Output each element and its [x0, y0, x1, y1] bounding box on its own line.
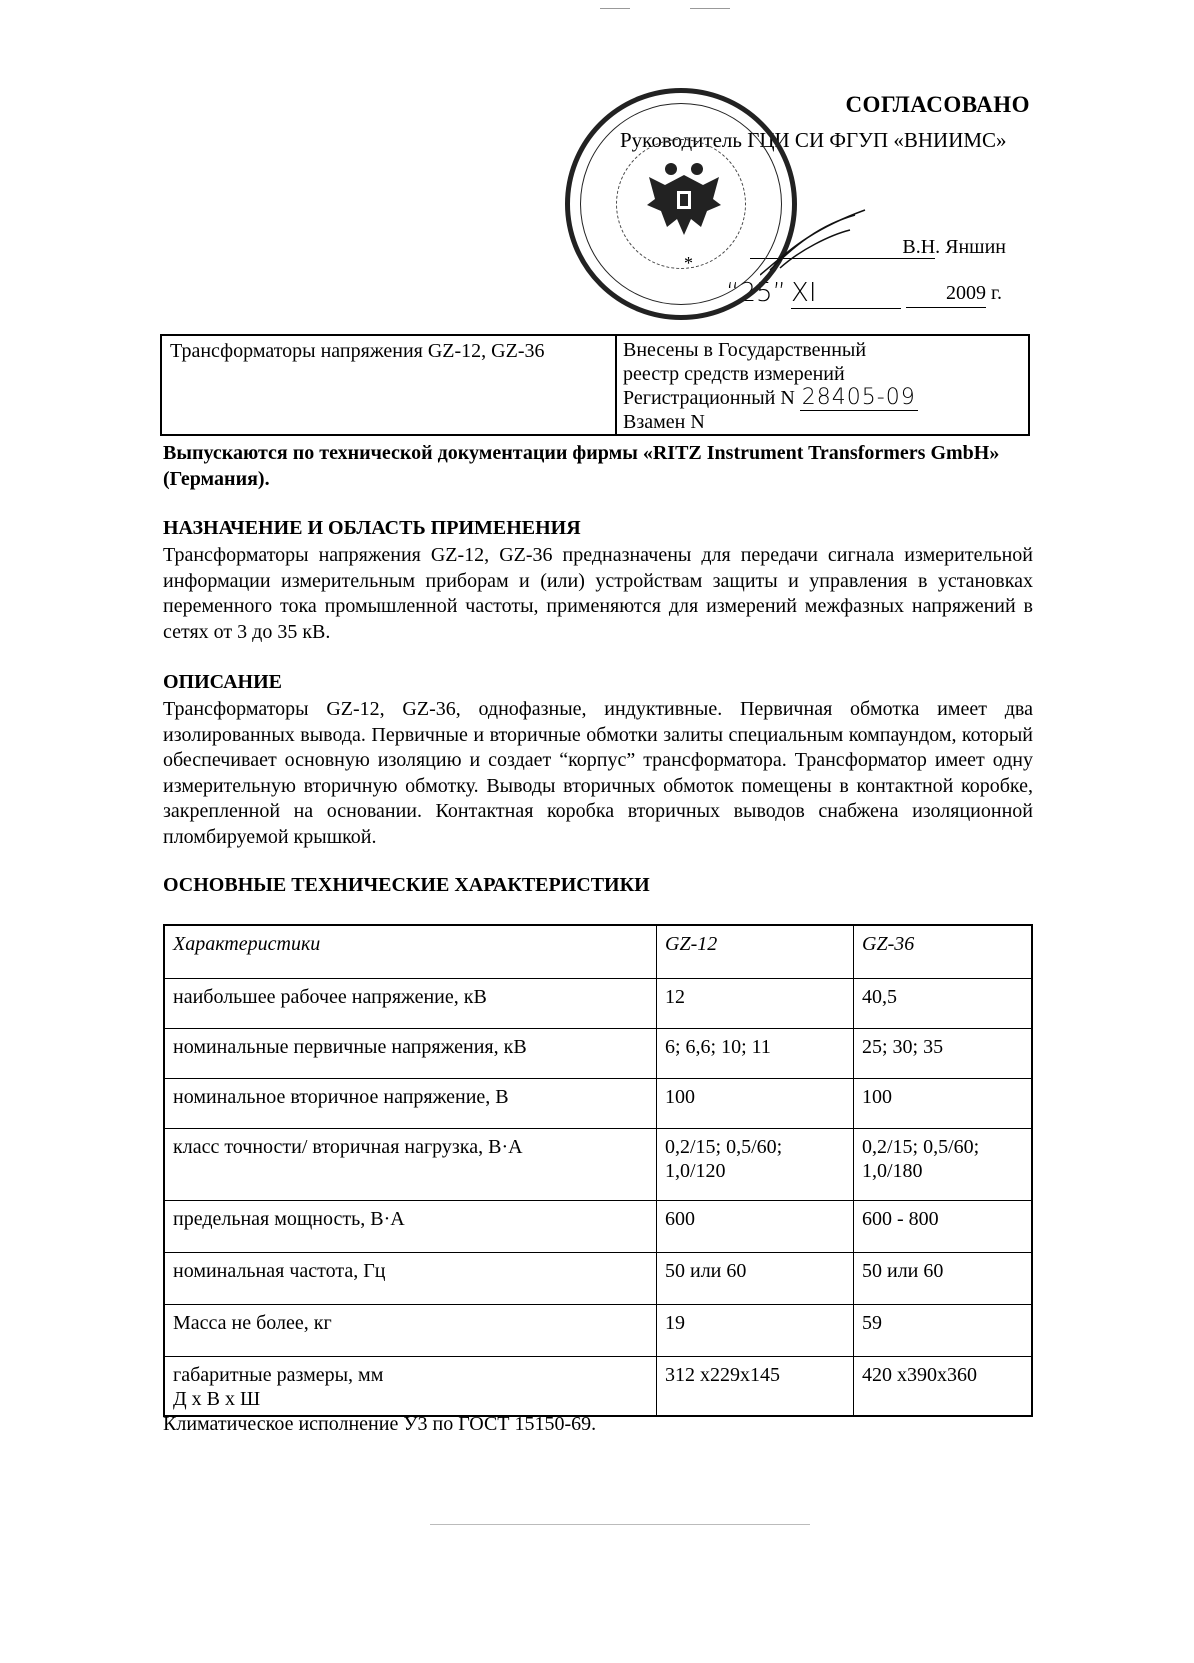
table-cell: 100	[854, 1079, 1033, 1129]
table-row: наибольшее рабочее напряжение, кВ 12 40,…	[164, 979, 1032, 1029]
table-cell: 600	[657, 1201, 854, 1253]
section-text-description: Трансформаторы GZ-12, GZ-36, однофазные,…	[163, 697, 1033, 850]
table-cell: 600 - 800	[854, 1201, 1033, 1253]
replace-label: Взамен N	[623, 410, 1022, 434]
table-row: Масса не более, кг 19 59	[164, 1305, 1032, 1357]
table-cell: 50 или 60	[854, 1253, 1033, 1305]
registry-number: 28405-09	[800, 385, 918, 411]
registry-number-label: Регистрационный N	[623, 387, 795, 409]
table-header-row: Характеристики GZ-12 GZ-36	[164, 925, 1032, 979]
table-cell: 100	[657, 1079, 854, 1129]
table-row: номинальные первичные напряжения, кВ 6; …	[164, 1029, 1032, 1079]
scan-artifact	[430, 1524, 810, 1525]
section-heading-purpose: НАЗНАЧЕНИЕ И ОБЛАСТЬ ПРИМЕНЕНИЯ	[163, 517, 581, 540]
column-header: GZ-12	[657, 925, 854, 979]
table-cell: номинальная частота, Гц	[164, 1253, 657, 1305]
table-cell: 0,2/15; 0,5/60; 1,0/120	[657, 1129, 854, 1201]
column-header: Характеристики	[164, 925, 657, 979]
table-cell: номинальные первичные напряжения, кВ	[164, 1029, 657, 1079]
column-header: GZ-36	[854, 925, 1033, 979]
issued-by: Выпускаются по технической документации …	[163, 440, 1033, 492]
table-row: номинальная частота, Гц 50 или 60 50 или…	[164, 1253, 1032, 1305]
table-cell: наибольшее рабочее напряжение, кВ	[164, 979, 657, 1029]
table-cell: 50 или 60	[657, 1253, 854, 1305]
table-cell: 312 х229х145	[657, 1357, 854, 1417]
table-cell: 0,2/15; 0,5/60; 1,0/180	[854, 1129, 1033, 1201]
section-text-purpose: Трансформаторы напряжения GZ-12, GZ-36 п…	[163, 543, 1033, 645]
registry-number-line: Регистрационный N 28405-09	[623, 386, 1022, 410]
table-cell: 40,5	[854, 979, 1033, 1029]
table-cell: номинальное вторичное напряжение, В	[164, 1079, 657, 1129]
table-cell: 59	[854, 1305, 1033, 1357]
table-cell: класс точности/ вторичная нагрузка, В·А	[164, 1129, 657, 1201]
table-cell: 25; 30; 35	[854, 1029, 1033, 1079]
table-cell: 420 х390х360	[854, 1357, 1033, 1417]
date-month: XI	[791, 278, 901, 309]
section-heading-description: ОПИСАНИЕ	[163, 671, 282, 694]
signature	[760, 190, 870, 280]
section-heading-specs: ОСНОВНЫЕ ТЕХНИЧЕСКИЕ ХАРАКТЕРИСТИКИ	[163, 874, 650, 897]
approval-name: В.Н. Яншин	[902, 236, 1006, 259]
table-row: предельная мощность, В·А 600 600 - 800	[164, 1201, 1032, 1253]
climate-note: Климатическое исполнение У3 по ГОСТ 1515…	[163, 1413, 596, 1436]
coat-of-arms-icon	[643, 155, 725, 245]
table-cell: 12	[657, 979, 854, 1029]
table-row: габаритные размеры, мм Д х В х Ш 312 х22…	[164, 1357, 1032, 1417]
approval-title: СОГЛАСОВАНО	[845, 92, 1030, 118]
table-row: номинальное вторичное напряжение, В 100 …	[164, 1079, 1032, 1129]
registry-box: Трансформаторы напряжения GZ-12, GZ-36 В…	[160, 334, 1030, 436]
table-cell: Масса не более, кг	[164, 1305, 657, 1357]
product-name: Трансформаторы напряжения GZ-12, GZ-36	[162, 336, 617, 434]
registry-line-1: Внесены в Государственный	[623, 338, 1022, 362]
specs-table: Характеристики GZ-12 GZ-36 наибольшее ра…	[163, 924, 1033, 1417]
registry-info: Внесены в Государственный реестр средств…	[617, 336, 1028, 434]
scan-artifact	[600, 8, 630, 9]
scan-artifact	[690, 8, 730, 9]
date-year: 2009 г.	[946, 282, 1002, 305]
table-cell: габаритные размеры, мм Д х В х Ш	[164, 1357, 657, 1417]
table-cell: 19	[657, 1305, 854, 1357]
table-cell: предельная мощность, В·А	[164, 1201, 657, 1253]
registry-line-2: реестр средств измерений	[623, 362, 1022, 386]
table-cell: 6; 6,6; 10; 11	[657, 1029, 854, 1079]
table-row: класс точности/ вторичная нагрузка, В·А …	[164, 1129, 1032, 1201]
star-icon: *	[684, 253, 693, 274]
